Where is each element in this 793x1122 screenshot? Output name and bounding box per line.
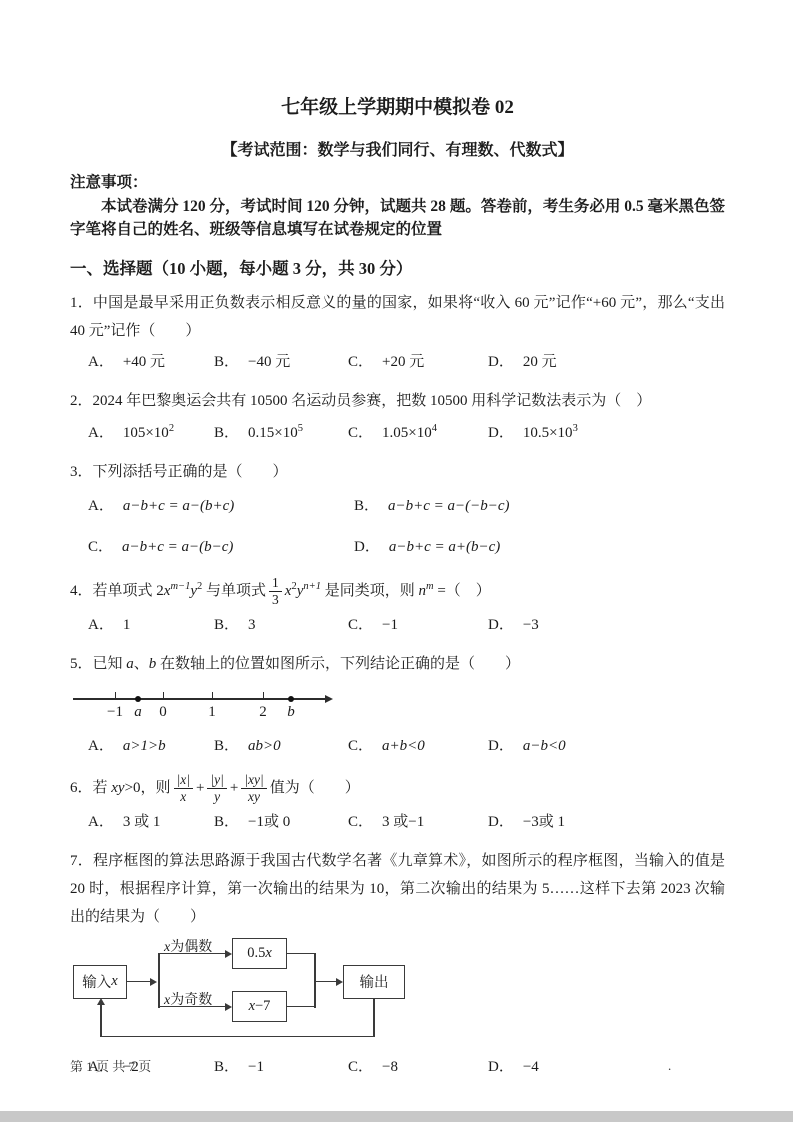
option-label: A． (88, 617, 114, 633)
output-box: 输出 (343, 965, 405, 999)
option-c: C．3 或−1 (348, 809, 488, 836)
option-label: A． (88, 354, 114, 370)
numerator: |xy| (241, 772, 266, 789)
option-d: D．a−b+c = a+(b−c) (354, 534, 725, 561)
option-label: B． (214, 354, 239, 370)
option-label: C． (348, 354, 373, 370)
option-text: −1 (248, 1059, 264, 1075)
arrow-right-icon (336, 978, 343, 986)
option-d: D．−3或 1 (488, 809, 725, 836)
arrow-right-icon (225, 950, 232, 958)
tick-mark (163, 692, 164, 700)
exponent: 5 (298, 423, 303, 434)
arrow-up-icon (97, 998, 105, 1005)
option-c: C．−1 (348, 612, 488, 639)
option-label: D． (488, 617, 514, 633)
option-text: −40 元 (248, 354, 290, 370)
page-bottom-edge (0, 1111, 793, 1122)
stem-text: 6．若 (70, 780, 111, 796)
plus-sign: + (196, 780, 204, 796)
coefficient: 2 (156, 583, 164, 599)
connector-line (287, 953, 314, 955)
tick-mark (115, 692, 116, 700)
number-line-arrow-icon (325, 695, 333, 703)
flowchart: 输入x x为偶数 0.5x x为奇数 x−7 输出 (70, 936, 725, 1050)
option-a: A．105×102 (88, 420, 214, 447)
option-label: A． (88, 738, 114, 754)
option-text: 20 元 (523, 354, 557, 370)
stem-text: 与单项式 (202, 583, 266, 599)
denominator: x (174, 789, 193, 805)
variable: x (265, 945, 271, 962)
expression-text: −7 (255, 998, 270, 1015)
stem-text: 4．若单项式 (70, 583, 156, 599)
option-label: D． (354, 539, 380, 555)
fraction: |xy|xy (241, 772, 266, 805)
option-b: B．3 (214, 612, 348, 639)
option-label: C． (348, 617, 373, 633)
page-number: 第 1 页 共 7 页 (70, 1056, 151, 1075)
option-d: D．−4 (488, 1054, 725, 1081)
question-2-stem: 2．2024 年巴黎奥运会共有 10500 名运动员参赛，把数 10500 用科… (70, 388, 725, 416)
notes-heading: 注意事项： (70, 171, 725, 194)
option-b: B．a−b+c = a−(−b−c) (354, 493, 725, 520)
question-2-options: A．105×102 B．0.15×105 C．1.05×104 D．10.5×1… (70, 420, 725, 447)
option-label: A． (88, 814, 114, 830)
option-text: −3或 1 (523, 814, 565, 830)
output-box-label: 输出 (360, 971, 389, 992)
option-text: 10.5×10 (523, 425, 573, 441)
option-label: B． (214, 425, 239, 441)
number-line: −1 a 0 1 2 b (70, 683, 725, 729)
stem-text: 、 (134, 656, 149, 672)
question-5-stem: 5．已知 a、b 在数轴上的位置如图所示，下列结论正确的是（ ） (70, 651, 725, 679)
numerator: |x| (174, 772, 193, 789)
point-a-label: a (134, 703, 142, 723)
option-formula: a>1>b (123, 738, 166, 754)
option-formula: a−b+c = a−(b−c) (122, 539, 233, 555)
option-formula: a−b+c = a−(−b−c) (388, 498, 510, 514)
exam-scope: 【考试范围：数学与我们同行、有理数、代数式】 (70, 141, 725, 162)
fraction: |y|y (207, 772, 226, 805)
option-text: 3 (248, 617, 256, 633)
option-label: B． (214, 814, 239, 830)
arrow-right-icon (150, 978, 157, 986)
option-label: B． (214, 617, 239, 633)
exam-page: 七年级上学期期中模拟卷 02 【考试范围：数学与我们同行、有理数、代数式】 注意… (0, 0, 793, 1122)
connector-line (314, 981, 336, 983)
option-label: A． (88, 425, 114, 441)
tick-label: 0 (159, 703, 167, 723)
coefficient: 0.5 (247, 945, 265, 962)
tick-mark (263, 692, 264, 700)
option-d: D．a−b<0 (488, 733, 725, 760)
option-label: B． (214, 738, 239, 754)
option-b: B．−1 (214, 1054, 348, 1081)
tick-label: −1 (107, 703, 123, 723)
option-b: B．−40 元 (214, 349, 348, 376)
question-4-stem: 4．若单项式 2xm−1y2 与单项式13x2yn+1 是同类项，则 nm =（… (70, 575, 725, 608)
option-a: A．1 (88, 612, 214, 639)
denominator: xy (241, 789, 266, 805)
question-5: 5．已知 a、b 在数轴上的位置如图所示，下列结论正确的是（ ） −1 a 0 … (70, 651, 725, 760)
stem-text: =（ ） (434, 583, 491, 599)
option-text: −1 (382, 617, 398, 633)
option-formula: ab>0 (248, 738, 281, 754)
page-title: 七年级上学期期中模拟卷 02 (70, 96, 725, 121)
point-b-dot (288, 696, 294, 702)
exponent: n+1 (303, 581, 321, 592)
notes-body: 本试卷满分 120 分，考试时间 120 分钟，试题共 28 题。答卷前，考生务… (70, 195, 725, 242)
question-1: 1．中国是最早采用正负数表示相反意义的量的国家，如果将“收入 60 元”记作“+… (70, 290, 725, 377)
section-heading: 一、选择题（10 小题，每小题 3 分，共 30 分） (70, 257, 725, 282)
question-6-stem: 6．若 xy>0，则|x|x+|y|y+|xy|xy值为（ ） (70, 772, 725, 805)
option-formula: a+b<0 (382, 738, 425, 754)
option-formula: a−b+c = a+(b−c) (389, 539, 500, 555)
option-label: C． (348, 425, 373, 441)
option-a: A．+40 元 (88, 349, 214, 376)
variable: xy (111, 780, 124, 796)
option-text: 3 或 1 (123, 814, 161, 830)
option-a: A．3 或 1 (88, 809, 214, 836)
option-label: A． (88, 498, 114, 514)
plus-sign: + (230, 780, 238, 796)
option-label: D． (488, 738, 514, 754)
variable: x (111, 973, 117, 990)
option-d: D．−3 (488, 612, 725, 639)
connector-line (158, 953, 225, 955)
option-label: B． (354, 498, 379, 514)
variable: n (419, 583, 427, 599)
option-c: C．a+b<0 (348, 733, 488, 760)
exponent: 4 (432, 423, 437, 434)
option-text: +40 元 (123, 354, 165, 370)
question-7-options: A．−2 B．−1 C．−8 D．−4 (70, 1054, 725, 1081)
option-label: D． (488, 814, 514, 830)
denominator: 3 (269, 592, 282, 608)
option-text: 1 (123, 617, 131, 633)
stem-text: >0，则 (125, 780, 171, 796)
exponent: 3 (573, 423, 578, 434)
option-label: D． (488, 425, 514, 441)
option-formula: a−b<0 (523, 738, 566, 754)
feedback-line (100, 1036, 375, 1038)
branch-line (158, 953, 160, 1008)
question-7: 7．程序框图的算法思路源于我国古代数学名著《九章算术》，如图所示的程序框图，当输… (70, 848, 725, 1080)
option-text: +20 元 (382, 354, 424, 370)
option-text: 1.05×10 (382, 425, 432, 441)
feedback-line (100, 1004, 102, 1037)
question-3-stem: 3．下列添括号正确的是（ ） (70, 459, 725, 487)
arrow-right-icon (225, 1003, 232, 1011)
denominator: y (207, 789, 226, 805)
minus7-box: x−7 (232, 991, 287, 1022)
variable: a (126, 656, 134, 672)
input-box: 输入x (73, 965, 127, 999)
option-text: −1或 0 (248, 814, 290, 830)
question-4: 4．若单项式 2xm−1y2 与单项式13x2yn+1 是同类项，则 nm =（… (70, 575, 725, 639)
stem-text: 值为（ ） (270, 780, 360, 796)
fraction: |x|x (174, 772, 193, 805)
option-label: C． (348, 814, 373, 830)
option-label: B． (214, 1059, 239, 1075)
point-a-dot (135, 696, 141, 702)
connector-line (158, 1006, 225, 1008)
tick-label: 1 (208, 703, 216, 723)
question-7-stem: 7．程序框图的算法思路源于我国古代数学名著《九章算术》，如图所示的程序框图，当输… (70, 848, 725, 931)
input-box-label: 输入 (82, 971, 111, 992)
option-label: C． (348, 1059, 373, 1075)
question-5-options: A．a>1>b B．ab>0 C．a+b<0 D．a−b<0 (70, 733, 725, 760)
question-1-stem: 1．中国是最早采用正负数表示相反意义的量的国家，如果将“收入 60 元”记作“+… (70, 290, 725, 346)
tick-mark (212, 692, 213, 700)
option-label: C． (88, 539, 113, 555)
option-label: D． (488, 1059, 514, 1075)
question-4-options: A．1 B．3 C．−1 D．−3 (70, 612, 725, 639)
option-d: D．20 元 (488, 349, 725, 376)
option-label: C． (348, 738, 373, 754)
question-3: 3．下列添括号正确的是（ ） A．a−b+c = a−(b+c) B．a−b+c… (70, 459, 725, 561)
option-formula: a−b+c = a−(b+c) (123, 498, 234, 514)
option-a: A．a−b+c = a−(b+c) (88, 493, 354, 520)
feedback-line (373, 999, 375, 1037)
option-text: 105×10 (123, 425, 169, 441)
fraction: 13 (269, 575, 282, 608)
question-3-options: A．a−b+c = a−(b+c) B．a−b+c = a−(−b−c) C．a… (70, 493, 725, 561)
question-6: 6．若 xy>0，则|x|x+|y|y+|xy|xy值为（ ） A．3 或 1 … (70, 772, 725, 836)
option-c: C．1.05×104 (348, 420, 488, 447)
numerator: 1 (269, 575, 282, 592)
option-label: D． (488, 354, 514, 370)
option-d: D．10.5×103 (488, 420, 725, 447)
option-text: −4 (523, 1059, 539, 1075)
question-6-options: A．3 或 1 B．−1或 0 C．3 或−1 D．−3或 1 (70, 809, 725, 836)
option-text: −3 (523, 617, 539, 633)
option-a: A．a>1>b (88, 733, 214, 760)
question-1-options: A．+40 元 B．−40 元 C．+20 元 D．20 元 (70, 349, 725, 376)
point-b-label: b (287, 703, 295, 723)
stem-text: 5．已知 (70, 656, 126, 672)
option-c: C．−8 (348, 1054, 488, 1081)
exponent: m (426, 581, 434, 592)
stray-dot: . (668, 1058, 671, 1074)
page-content: 七年级上学期期中模拟卷 02 【考试范围：数学与我们同行、有理数、代数式】 注意… (0, 0, 793, 1081)
question-2: 2．2024 年巴黎奥运会共有 10500 名运动员参赛，把数 10500 用科… (70, 388, 725, 447)
exponent: m−1 (170, 581, 190, 592)
stem-text: 在数轴上的位置如图所示，下列结论正确的是（ ） (156, 656, 520, 672)
half-box: 0.5x (232, 938, 287, 969)
numerator: |y| (207, 772, 226, 789)
option-text: −8 (382, 1059, 398, 1075)
option-b: B．ab>0 (214, 733, 348, 760)
exponent: 2 (169, 423, 174, 434)
option-b: B．0.15×105 (214, 420, 348, 447)
tick-label: 2 (259, 703, 267, 723)
option-c: C．+20 元 (348, 349, 488, 376)
option-b: B．−1或 0 (214, 809, 348, 836)
stem-text: 是同类项，则 (321, 583, 419, 599)
option-text: 3 或−1 (382, 814, 424, 830)
option-c: C．a−b+c = a−(b−c) (88, 534, 354, 561)
option-text: 0.15×10 (248, 425, 298, 441)
connector-line (287, 1006, 314, 1008)
